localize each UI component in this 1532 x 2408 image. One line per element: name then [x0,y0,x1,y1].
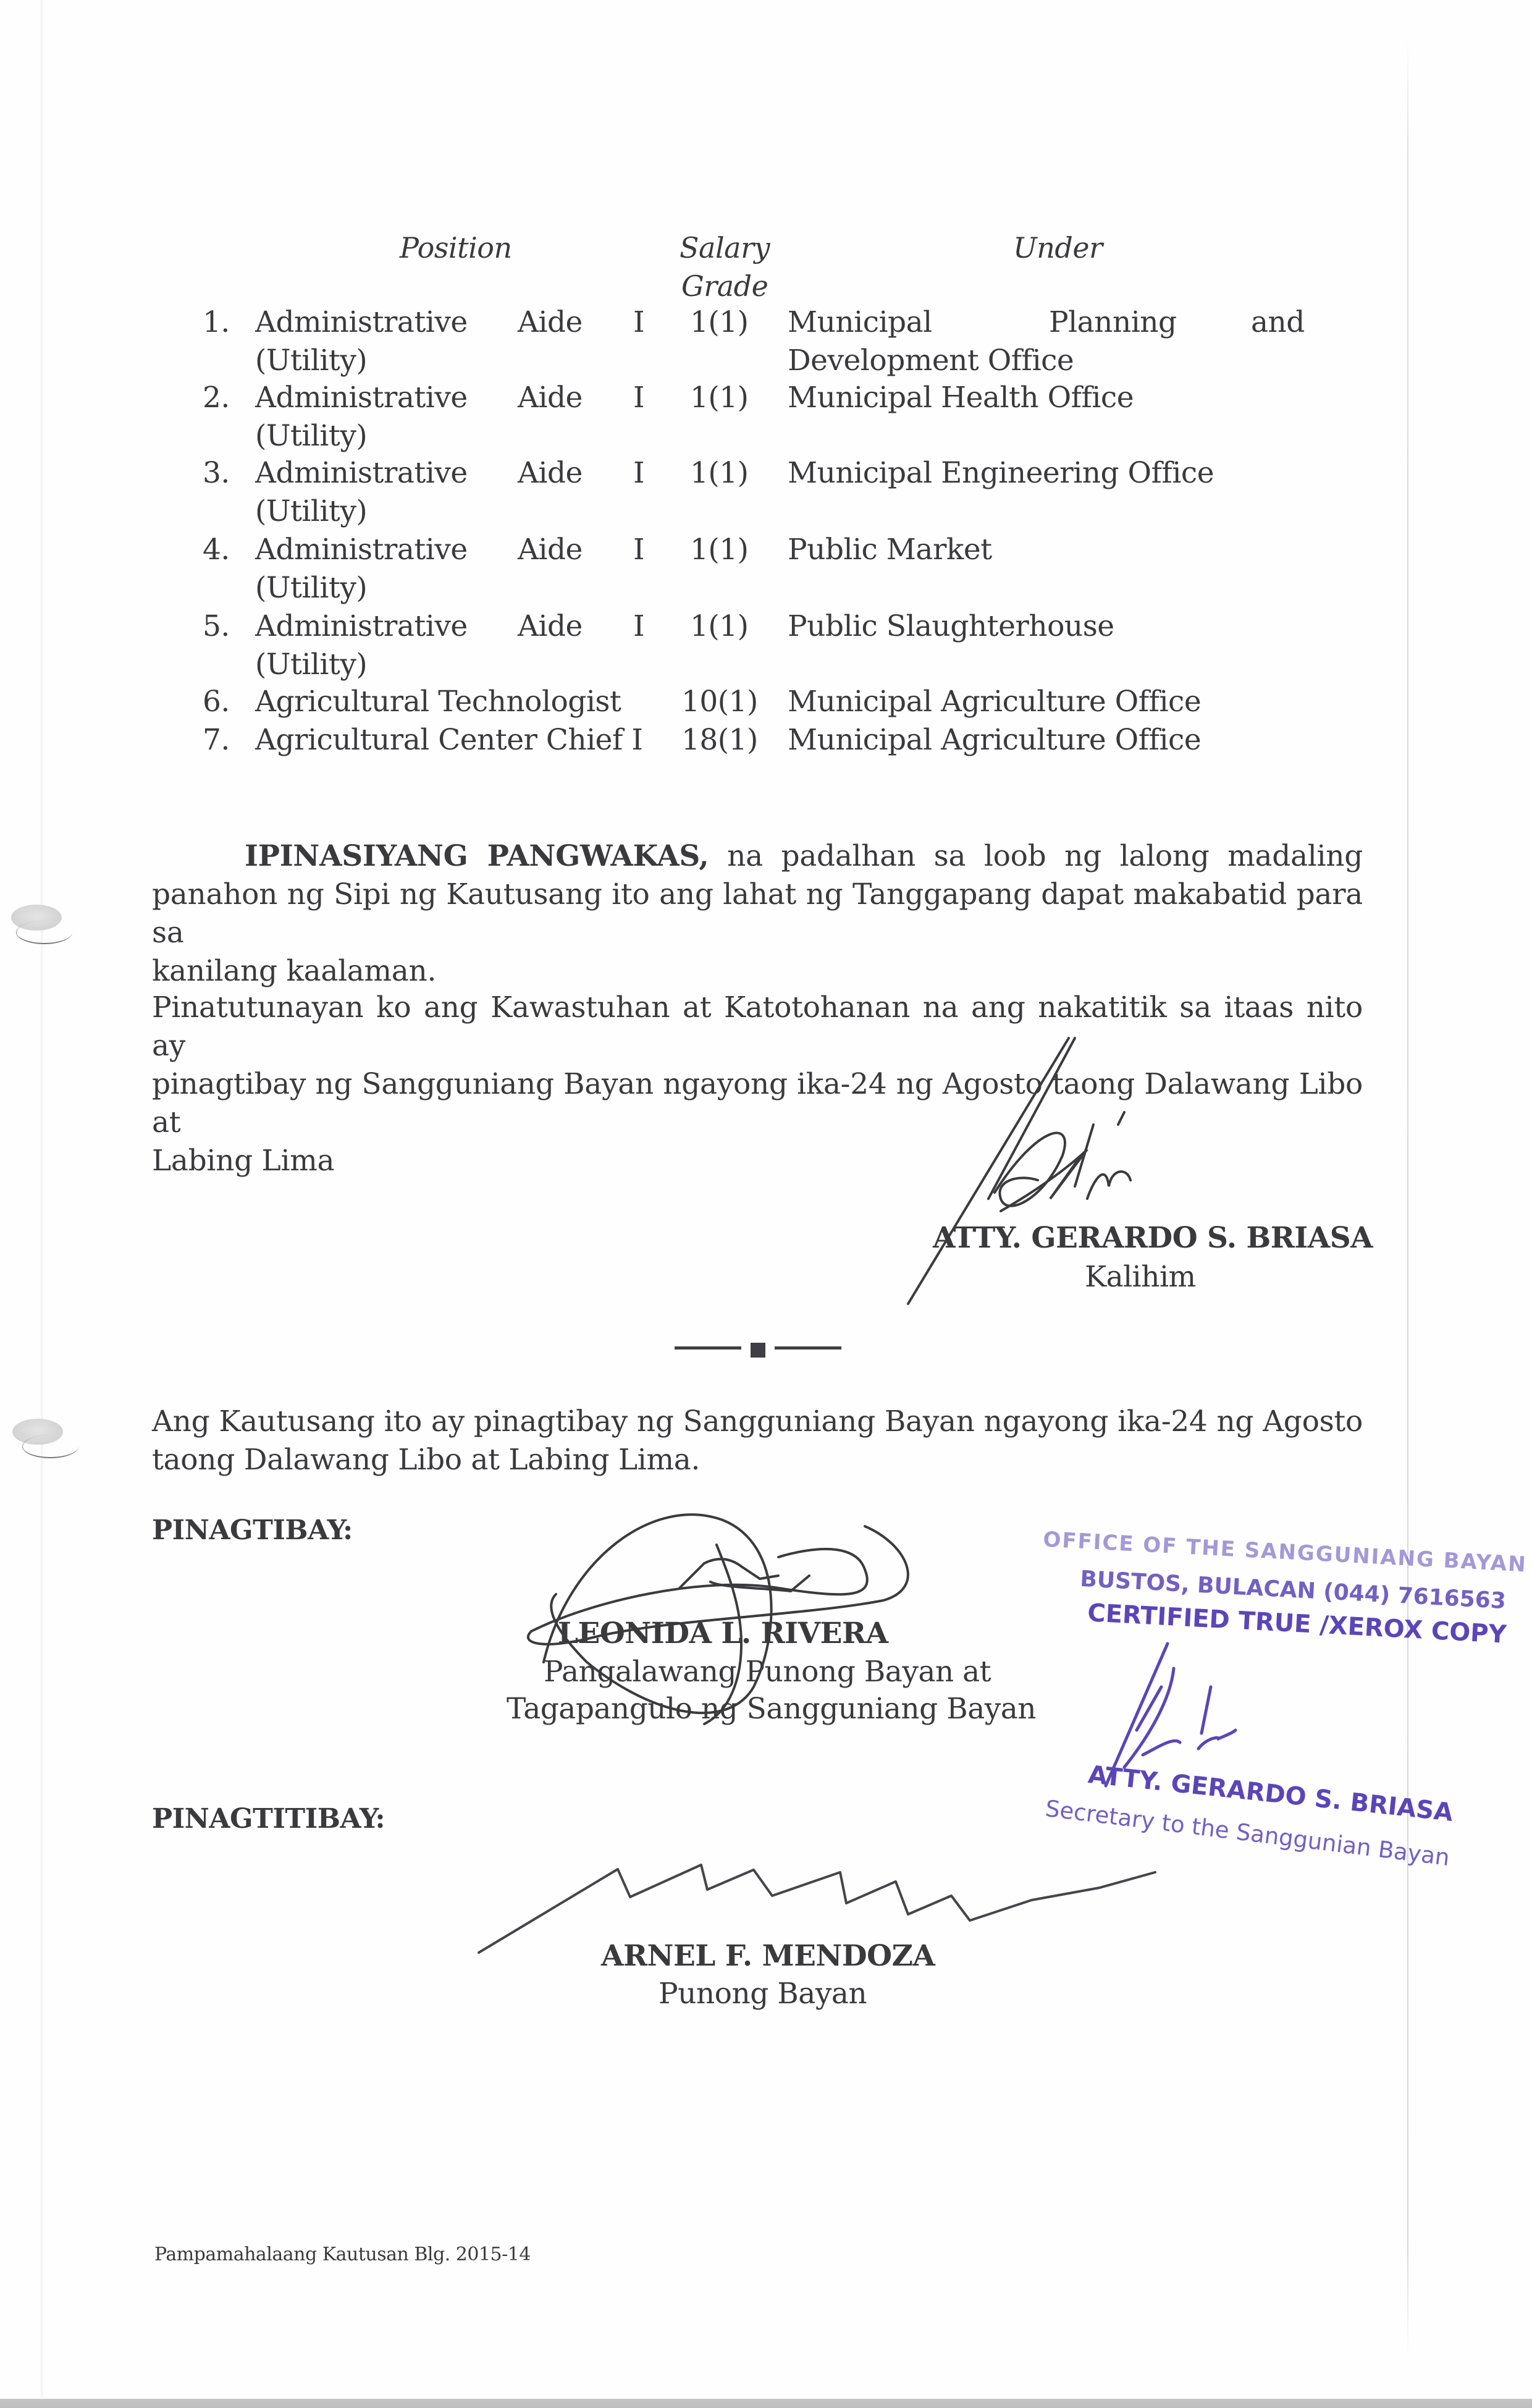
secretary-title: Kalihim [1085,1262,1196,1291]
office-name: Municipal Agriculture Office [788,725,1201,754]
position-title: Aide [518,383,583,412]
row-number: 1. [203,308,230,337]
position-subtitle: (Utility) [255,421,367,450]
position-title: Administrative [255,308,468,337]
position-title: Administrative [255,535,468,564]
salary-grade: 10(1) [681,687,758,716]
office-name: Municipal Health Office [788,383,1134,412]
approved-label: PINAGTIBAY: [152,1517,353,1544]
salary-grade: 1(1) [690,535,748,564]
position-title: I [633,612,644,641]
final-resolution-line-3: kanilang kaalaman. [152,952,1363,991]
position-subtitle: (Utility) [255,497,367,526]
position-title: Aide [518,612,583,641]
scan-margin-shadow [41,0,43,2397]
secretary-name: ATTY. GERARDO S. BRIASA [933,1223,1373,1253]
position-subtitle: (Utility) [255,573,367,602]
punch-hole-shadow [16,921,72,944]
row-number: 4. [203,535,230,564]
punch-hole-shadow [22,1435,78,1458]
position-title: Aide [518,308,583,337]
office-name-cont: Development Office [788,346,1074,375]
office-name: Public Market [788,535,992,564]
document-page: Position Salary Grade Under 1.Administra… [0,0,1532,2408]
row-number: 5. [203,612,230,641]
salary-grade: 1(1) [690,612,748,641]
position-title: I [633,383,644,412]
final-resolution-line-2: panahon ng Sipi ng Kautusang ito ang lah… [152,876,1363,952]
position-title: Administrative [255,612,468,641]
position-title: I [633,535,644,564]
position-title: Administrative [255,383,468,412]
position-title: Agricultural Center Chief I [255,725,642,754]
position-subtitle: (Utility) [255,650,367,679]
scan-edge-line [1407,37,1408,2360]
office-name: Municipal Engineering Office [788,458,1214,488]
mayor-name: ARNEL F. MENDOZA [601,1941,935,1971]
approval-paragraph: Ang Kautusang ito ay pinagtibay ng Sangg… [152,1403,1363,1479]
header-position: Position [400,234,512,262]
position-title: Aide [518,535,583,564]
row-number: 3. [203,458,230,488]
vice-mayor-title-1: Pangalawang Punong Bayan at [544,1657,991,1686]
office-name: Planning [1049,308,1177,337]
salary-grade: 18(1) [681,725,758,754]
salary-grade: 1(1) [690,383,748,412]
office-name: Public Slaughterhouse [788,612,1114,641]
approval-line-1: Ang Kautusang ito ay pinagtibay ng Sangg… [152,1403,1363,1441]
final-resolution-paragraph: IPINASIYANG PANGWAKAS, na padalhan sa lo… [152,837,1363,991]
position-subtitle: (Utility) [255,346,367,375]
position-title: Agricultural Technologist [255,687,621,716]
final-resolution-line-1: IPINASIYANG PANGWAKAS, na padalhan sa lo… [152,837,1363,876]
position-title: I [633,308,644,337]
row-number: 2. [203,383,230,412]
office-name: Municipal [788,308,932,337]
row-number: 6. [203,687,230,716]
footer-ordinance-ref: Pampamahalaang Kautusan Blg. 2015-14 [154,2245,531,2264]
approval-line-2: taong Dalawang Libo at Labing Lima. [152,1441,1363,1479]
header-under: Under [1013,234,1103,262]
office-name: and [1251,308,1305,337]
header-salary-grade-1: Salary [680,234,770,262]
row-number: 7. [203,725,230,754]
office-name: Municipal Agriculture Office [788,687,1201,716]
position-title: I [633,458,644,488]
mayor-title: Punong Bayan [659,1979,867,2008]
header-salary-grade-2: Grade [681,272,768,300]
vice-mayor-name: LEONIDA L. RIVERA [558,1619,888,1648]
final-resolution-lead: IPINASIYANG PANGWAKAS, [245,839,709,873]
position-title: Administrative [255,458,468,488]
scan-bottom-edge [0,2399,1532,2408]
salary-grade: 1(1) [690,458,748,488]
vice-mayor-title-2: Tagapangulo ng Sangguniang Bayan [507,1694,1036,1723]
position-title: Aide [518,458,583,488]
salary-grade: 1(1) [690,308,748,337]
approving-label: PINAGTITIBAY: [152,1806,385,1833]
